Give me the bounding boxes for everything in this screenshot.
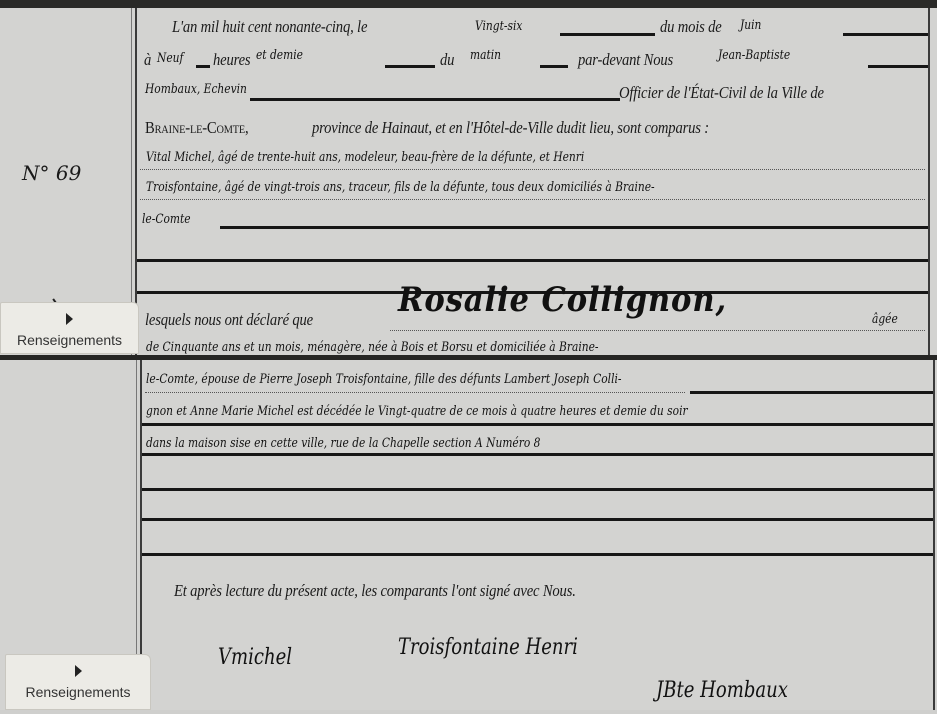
dotted-line	[140, 169, 925, 170]
register-scan-page-1: N° 69 L'an mil huit cent nonante-cinq, l…	[0, 8, 937, 355]
handwritten-period: matin	[470, 48, 501, 63]
handwritten-text: âgée	[872, 312, 898, 327]
signature-witness-2: Troisfontaine Henri	[398, 635, 578, 660]
viewer-bottom-bar	[0, 710, 937, 714]
viewer-top-bar	[0, 0, 937, 8]
handwritten-deceased-name: Rosalie Collignon,	[398, 280, 727, 320]
handwritten-details: de Cinquante ans et un mois, ménagère, n…	[146, 340, 599, 355]
printed-text: province de Hainaut, et en l'Hôtel-de-Vi…	[312, 118, 709, 138]
dotted-line	[140, 199, 925, 200]
renseignements-toggle-2[interactable]: Renseignements	[5, 654, 151, 710]
handwritten-hour: Neuf	[157, 51, 183, 66]
handwritten-details: gnon et Anne Marie Michel est décédée le…	[146, 404, 688, 419]
printed-text: à	[144, 50, 151, 70]
handwritten-officer-name: Hombaux, Echevin	[145, 82, 247, 97]
right-border-line	[933, 360, 935, 710]
rule	[142, 518, 933, 521]
rule	[690, 391, 933, 394]
printed-text: du	[440, 50, 454, 70]
closing-statement: Et après lecture du présent acte, les co…	[174, 581, 576, 601]
printed-text: du mois de	[660, 17, 722, 37]
rule	[142, 488, 933, 491]
renseignements-label: Renseignements	[6, 684, 150, 700]
rule	[560, 33, 655, 36]
rule	[142, 453, 933, 456]
printed-text: par-devant Nous	[578, 50, 673, 70]
printed-text: L'an mil huit cent nonante-cinq, le	[172, 17, 367, 37]
handwritten-minutes: et demie	[256, 48, 303, 63]
handwritten-day: Vingt-six	[475, 19, 522, 34]
handwritten-comparants: le-Comte	[142, 212, 191, 227]
right-border-line	[928, 8, 930, 355]
rule	[868, 65, 928, 68]
signature-witness-1: Vmichel	[218, 645, 292, 670]
printed-text: heures	[213, 50, 250, 70]
handwritten-officer-firstname: Jean-Baptiste	[718, 48, 790, 63]
printed-text: lesquels nous ont déclaré que	[145, 310, 313, 330]
rule	[385, 65, 435, 68]
handwritten-month: Juin	[740, 18, 761, 33]
triangle-right-icon	[66, 313, 73, 325]
rule	[250, 98, 620, 101]
rule	[220, 226, 928, 229]
rule	[196, 65, 210, 68]
handwritten-comparants: Vital Michel, âgé de trente-huit ans, mo…	[146, 150, 584, 165]
handwritten-details: dans la maison sise en cette ville, rue …	[146, 436, 540, 451]
handwritten-details: le-Comte, épouse de Pierre Joseph Troisf…	[146, 372, 622, 387]
rule	[137, 259, 928, 262]
dotted-line	[145, 392, 685, 393]
triangle-right-icon	[75, 665, 82, 677]
rule	[540, 65, 568, 68]
renseignements-toggle-1[interactable]: Renseignements	[0, 302, 139, 354]
signature-officer: JBte Hombaux	[656, 678, 788, 703]
renseignements-label: Renseignements	[1, 332, 138, 348]
acte-number: N° 69	[22, 161, 81, 185]
printed-city: Braine-le-Comte,	[145, 118, 249, 138]
rule	[142, 553, 933, 556]
handwritten-comparants: Troisfontaine, âgé de vingt-trois ans, t…	[146, 180, 655, 195]
dotted-line	[390, 330, 925, 331]
rule	[843, 33, 928, 36]
printed-text: Officier de l'État-Civil de la Ville de	[619, 83, 824, 103]
rule	[142, 423, 933, 426]
